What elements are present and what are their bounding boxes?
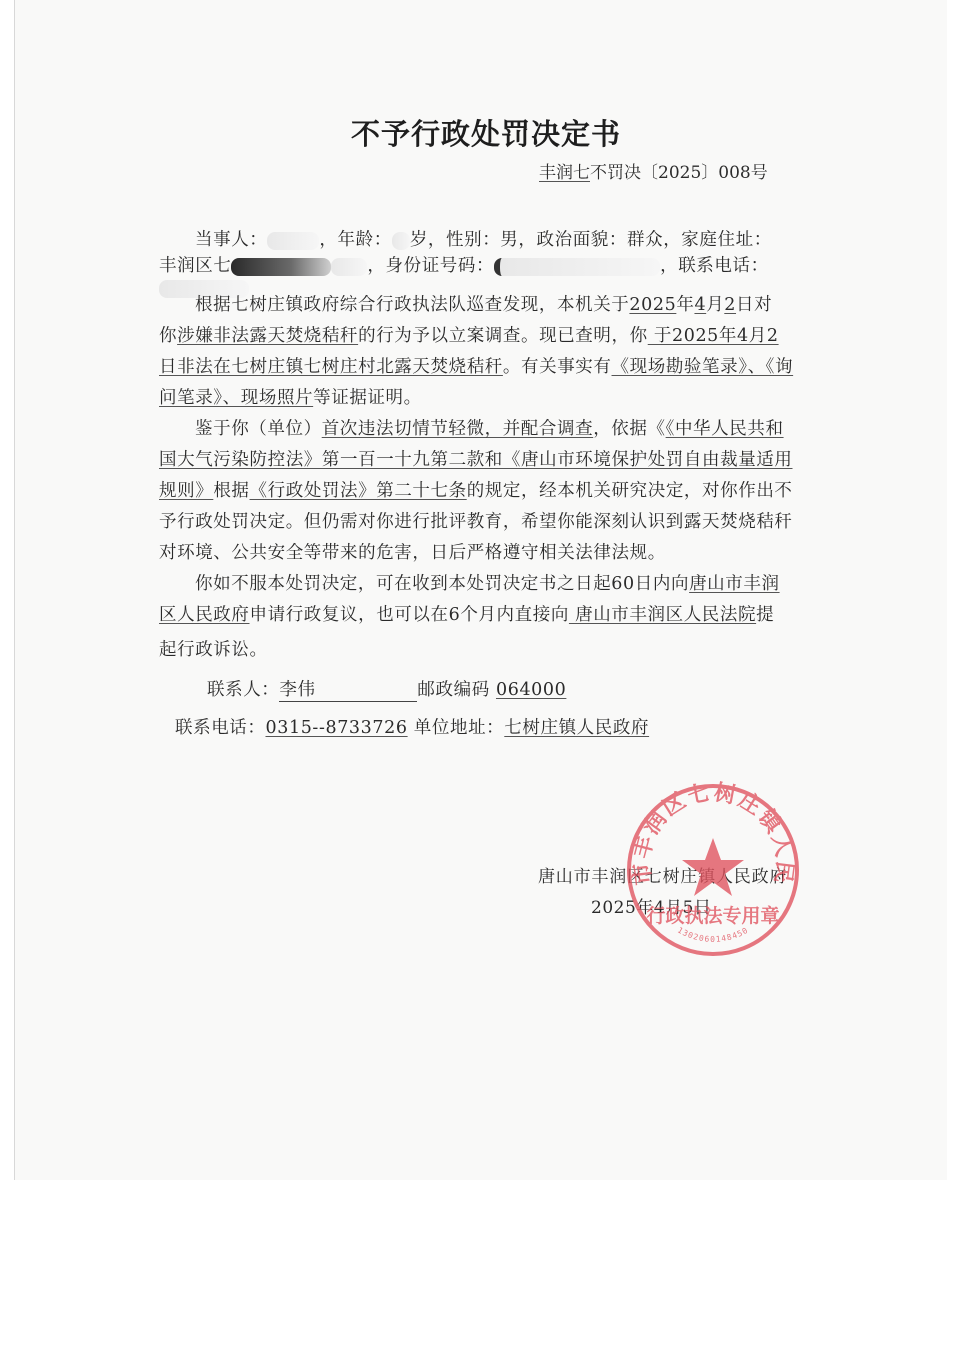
document-number: 丰润七不罚决〔2025〕008号	[539, 158, 768, 183]
para3-line2: 区人民政府申请行政复议，也可以在6个月内直接向 唐山市丰润区人民法院提	[159, 601, 819, 626]
established-fact: 于2025年4月2	[648, 326, 779, 346]
para2-line3: 规则》根据《行政处罚法》第二十七条的规定，经本机关研究决定，对你作出不	[159, 477, 819, 502]
legal-basis-cont: 国大气污染防控法》第一百一十九第二款和《唐山市环境保护处罚自由裁量适用	[159, 450, 793, 470]
para3-text: 申请行政复议，也可以在6个月内直接向	[250, 605, 569, 625]
unit-address: 七树庄镇人民政府	[504, 718, 649, 738]
para1-text-end: 等证据证明。	[313, 388, 422, 408]
review-authority: 唐山市丰润	[689, 574, 780, 594]
para3-line3: 起行政诉讼。	[159, 636, 819, 661]
para1-text: 的行为予以立案调查。现已查明，你	[358, 326, 648, 346]
doc-number-rest: 不罚决〔2025〕008号	[590, 163, 768, 183]
redacted-address-2	[331, 258, 367, 276]
svg-text:1302060148450: 1302060148450	[676, 926, 750, 944]
para2-text: ，依据《	[593, 419, 665, 439]
age-label: ，年龄：	[319, 230, 391, 250]
unit-address-label: 单位地址：	[414, 718, 505, 738]
para1-text-end: 日对	[736, 295, 772, 315]
redacted-name	[267, 232, 319, 250]
incident-day: 2	[724, 295, 736, 315]
redacted-address	[231, 258, 331, 276]
contact-person-label: 联系人：	[207, 680, 279, 700]
para1-text: 。有关事实有	[503, 357, 612, 377]
address-prefix: 丰润区七	[159, 256, 231, 276]
para1-line1: 根据七树庄镇政府综合行政执法队巡查发现，本机关于2025年4月2日对	[195, 291, 855, 316]
party-label: 当事人：	[195, 230, 267, 250]
para1-text: 你	[159, 326, 177, 346]
contact-phone-label: 联系电话：	[175, 718, 266, 738]
legal-basis: 《中华人民共和	[666, 419, 784, 439]
party-details: 岁，性别：男，政治面貌：群众，家庭住址：	[410, 230, 772, 250]
scanned-page: 不予行政处罚决定书 丰润七不罚决〔2025〕008号 当事人：，年龄：岁，性别：…	[14, 0, 947, 1180]
evidence-list-cont: 问笔录》、现场照片	[159, 388, 313, 408]
document-title: 不予行政处罚决定书	[351, 112, 621, 153]
established-fact-cont: 日非法在七树庄镇七树庄村北露天焚烧秸秆	[159, 357, 503, 377]
para2-text: 鉴于你（单位）	[195, 419, 322, 439]
court-name: 唐山市丰润区人民法院	[569, 605, 756, 625]
month-suffix: 月	[706, 295, 724, 315]
mitigating-reason: 首次违法切情节轻微，并配合调查	[322, 419, 594, 439]
para3-line1: 你如不服本处罚决定，可在收到本处罚决定书之日起60日内向唐山市丰润	[195, 570, 855, 595]
para1-text: 根据七树庄镇政府综合行政执法队巡查发现，本机关于	[195, 295, 629, 315]
contact-line-2: 联系电话：0315--8733726 单位地址：七树庄镇人民政府	[175, 714, 835, 739]
seal-serial: 1302060148450	[676, 926, 750, 944]
party-line-2: 丰润区七，身份证号码：，联系电话：	[159, 252, 819, 277]
evidence-list: 《现场勘验笔录》、《询	[612, 357, 794, 377]
contact-phone: 0315--8733726	[266, 718, 408, 738]
seal-center-text: 行政执法专用章	[646, 904, 779, 927]
para1-line4: 问笔录》、现场照片等证据证明。	[159, 384, 819, 409]
para2-text: 的规定，经本机关研究决定，对你作出不	[467, 481, 793, 501]
alleged-behavior: 涉嫌非法露天焚烧秸秆	[177, 326, 358, 346]
id-label: ，身份证号码：	[367, 256, 494, 276]
para2-line2: 国大气污染防控法》第一百一十九第二款和《唐山市环境保护处罚自由裁量适用	[159, 446, 819, 471]
para3-text: 提	[756, 605, 774, 625]
legal-basis-2: 《行政处罚法》第二十七条	[250, 481, 467, 501]
incident-year: 2025	[629, 295, 676, 315]
year-suffix: 年	[676, 295, 694, 315]
party-line-1: 当事人：，年龄：岁，性别：男，政治面貌：群众，家庭住址：	[195, 226, 855, 251]
official-seal-icon: 唐山市丰润区七树庄镇人民政府 行政执法专用章 1302060148450	[623, 780, 803, 960]
contact-person-field: 李伟	[279, 676, 417, 702]
contact-line-1: 联系人：李伟邮政编码 064000	[207, 676, 867, 702]
redacted-age	[392, 232, 410, 250]
incident-month: 4	[694, 295, 706, 315]
para2-line5: 对环境、公共安全等带来的危害，日后严格遵守相关法律法规。	[159, 539, 819, 564]
postcode: 064000	[496, 680, 566, 700]
para1-line3: 日非法在七树庄镇七树庄村北露天焚烧秸秆。有关事实有《现场勘验笔录》、《询	[159, 353, 819, 378]
review-authority-cont: 区人民政府	[159, 605, 250, 625]
para1-line2: 你涉嫌非法露天焚烧秸秆的行为予以立案调查。现已查明，你 于2025年4月2	[159, 322, 819, 347]
contact-person: 李伟	[279, 680, 315, 700]
postcode-label: 邮政编码	[417, 680, 489, 700]
doc-number-prefix: 丰润七	[539, 163, 590, 183]
phone-label: ，联系电话：	[660, 256, 769, 276]
para3-text: 你如不服本处罚决定，可在收到本处罚决定书之日起60日内向	[195, 574, 689, 594]
para2-line1: 鉴于你（单位）首次违法切情节轻微，并配合调查，依据《《中华人民共和	[195, 415, 855, 440]
redacted-id-number	[494, 258, 660, 276]
seal-star-icon	[682, 838, 744, 896]
para2-line4: 予行政处罚决定。但仍需对你进行批评教育，希望你能深刻认识到露天焚烧秸秆	[159, 508, 819, 533]
legal-basis-end: 规则》	[159, 481, 213, 501]
para2-text: 根据	[213, 481, 249, 501]
